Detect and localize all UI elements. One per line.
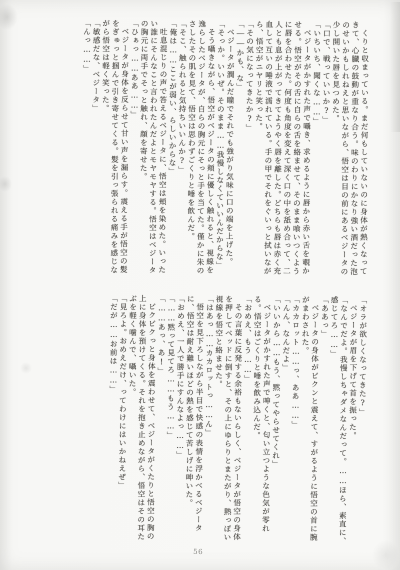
paragraph: 「敏感だな、ベジータ」 xyxy=(90,19,101,277)
paragraph: 「ひぁっ……ああ……」 xyxy=(128,20,139,278)
paragraph: ビクビクっと身体を震わせて、ベジータがくたりと悟空の胸の上に身体を預けてくる。そ… xyxy=(126,294,157,546)
paragraph: 「――かも、な」 xyxy=(234,20,245,278)
paragraph: 「そっか。いいぜ。そのまま……我慢しなくていいんだからな」 xyxy=(215,20,226,278)
paragraph: 「だが……お前は……」 xyxy=(107,294,118,546)
paragraph: 「はあっ……カカロットっ……ん」 xyxy=(203,295,214,547)
paragraph: 「カカロット……っ、ああ……」 xyxy=(289,296,300,548)
paragraph: 「なんでだよ。我慢しちゃダメなんだって。……ほら、素直に、感じてろ……」 xyxy=(328,296,349,548)
scanned-page: くりと収まっている。まだ何もしていないのに身体が熱くなってきて、心臓の鼓動が重な… xyxy=(0,0,400,570)
text-block-lower: 「オラが欲しくなってきた?」ベジータが眉を下げて首を振った。「なんでだよ。我慢し… xyxy=(48,294,368,548)
paragraph: 悟空を見下ろしながら半目で快感の表情を浮かべるベジータに、悟空は耐え難いほどの熱… xyxy=(184,295,205,547)
paragraph: くりと収まっている。まだ何もしていないのに身体が熱くなってきて、心臓の鼓動が重な… xyxy=(330,21,370,279)
paragraph: ベジータが眉を下げて首を振った。 xyxy=(347,296,358,548)
page-number: 56 xyxy=(193,548,203,556)
paragraph: 「……黙って見てろ……もう……」 xyxy=(165,295,176,547)
paragraph: 「口で、戦っていいか?」 xyxy=(320,21,331,279)
paragraph: 「いちいち、聞くな……」 xyxy=(310,21,321,279)
paragraph: ベジータが潤んだ瞳でそれでも強がり気味に口の端を上げた。 xyxy=(224,20,235,278)
paragraph: 「いいから……もう、黙ってやらせてくれ」 xyxy=(270,296,281,548)
paragraph: ベジータが身体を反らせて甘い声を漏らす。震える手が悟空の髪をぎゅっと掴んで引き寄… xyxy=(99,19,130,277)
paragraph: 「ああっ」 xyxy=(318,296,329,548)
paragraph: ベジータがかすれた声で囁き、求めるように唇から赤い舌を覗かせる。悟空がその舌に自… xyxy=(253,20,312,278)
paragraph: ベジータがかすれた声で呻くと、匂い立つような色気が零れる。悟空はごくりと唾を飲み… xyxy=(251,295,272,547)
paragraph: 吐息混じりの声で答えるベジータに、悟空は頬を染めた。いったい誰にそんなこと言われ… xyxy=(138,20,169,278)
paragraph: その言葉に反発する余裕もないらしく、ベジータが悟空の身体を押してベッドに倒すと、… xyxy=(213,295,244,547)
text-block-upper: くりと収まっている。まだ何もしていないのに身体が熱くなってきて、心臓の鼓動が重な… xyxy=(50,19,370,279)
paragraph: 「オラが欲しくなってきた?」 xyxy=(357,296,368,548)
paragraph: そう囁きながら、悟空がベジータの頬に優しく触れると、視線を逸らしたベジータが、自… xyxy=(186,20,217,278)
paragraph: 「その気になってきたか?」 xyxy=(243,20,254,278)
paragraph: 「俺は……ここが弱い、らしいからな」 xyxy=(167,20,178,278)
paragraph: 「……あっ、あ!」 xyxy=(155,295,166,547)
paragraph: 「んっ……」 xyxy=(80,19,91,277)
paragraph: ベジータの身体がビクンと震えて、すがるように悟空の首に腕がまわされた。 xyxy=(299,296,320,548)
paragraph: 「見ろよ。おめえだけ、ってわけにはいかねえぜ」 xyxy=(117,294,128,546)
paragraph: 「おめえ、一人で勝手にすんなよっ……」 xyxy=(174,295,185,547)
